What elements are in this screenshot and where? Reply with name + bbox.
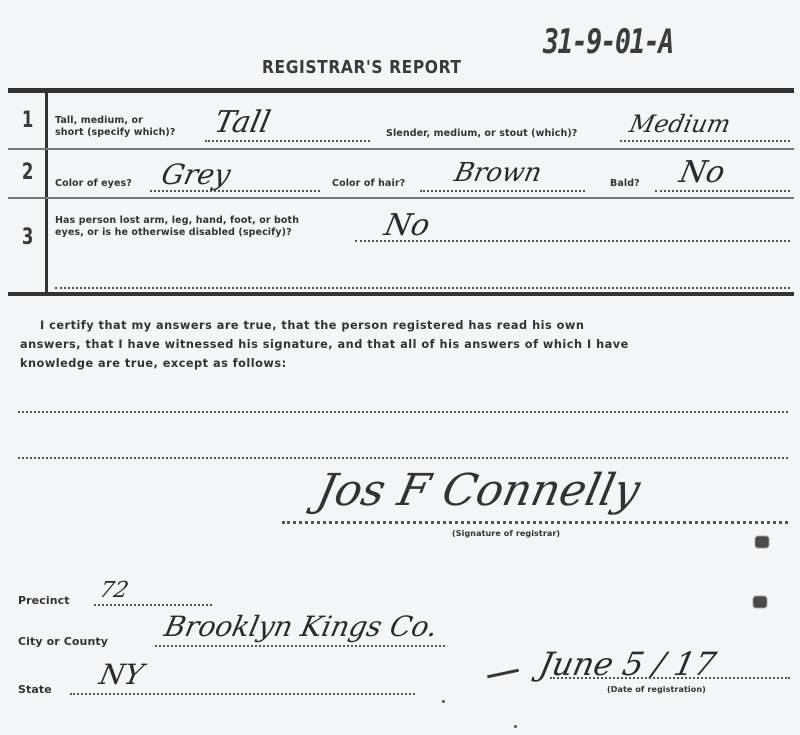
hair-color-value: Brown: [452, 158, 545, 188]
row-number-3: 3: [22, 225, 33, 250]
registration-date-caption: (Date of registration): [607, 685, 706, 694]
disability-label-line1: Has person lost arm, leg, hand, foot, or…: [55, 215, 299, 227]
disability-label-line2: eyes, or is he otherwise disabled (speci…: [55, 227, 299, 239]
disability-field-line-2: [55, 287, 790, 289]
eye-color-value: Grey: [158, 158, 233, 191]
exceptions-line-2: [18, 457, 788, 459]
build-field-line: [620, 140, 790, 142]
row-number-divider: [45, 88, 48, 295]
disability-value: No: [381, 208, 433, 243]
document-title: REGISTRAR'S REPORT: [262, 57, 462, 78]
city-county-value: Brooklyn Kings Co.: [161, 610, 440, 643]
hair-color-label: Color of hair?: [332, 178, 405, 190]
signature-caption: (Signature of registrar): [452, 529, 560, 538]
row-number-1: 1: [22, 108, 33, 133]
dash-mark: [487, 669, 519, 679]
bottom-rule: [8, 292, 794, 296]
bald-label: Bald?: [610, 178, 640, 190]
registration-date-line: [550, 677, 790, 679]
build-label: Slender, medium, or stout (which)?: [386, 128, 577, 140]
row-number-2: 2: [22, 160, 33, 185]
state-field-line: [70, 693, 415, 695]
state-value: NY: [96, 658, 146, 691]
bald-field-line: [655, 190, 790, 192]
precinct-label: Precinct: [18, 594, 70, 607]
ink-smudge: [753, 596, 767, 608]
serial-number: 31-9-01-A: [543, 22, 673, 62]
build-value: Medium: [627, 110, 733, 138]
exceptions-line-1: [18, 411, 788, 413]
height-label-line1: Tall, medium, or: [55, 115, 175, 127]
height-value: Tall: [211, 105, 273, 140]
bald-value: No: [676, 155, 728, 190]
registrar-signature: Jos F Connelly: [313, 465, 645, 516]
ink-dot: [442, 700, 445, 703]
precinct-value: 72: [97, 578, 130, 603]
hair-color-field-line: [420, 190, 585, 192]
row-divider-1: [8, 148, 794, 150]
certification-line-2: answers, that I have witnessed his signa…: [20, 335, 800, 354]
row-divider-2: [8, 197, 794, 199]
ink-smudge: [755, 536, 769, 548]
signature-line: [282, 521, 788, 524]
certification-line-3: knowledge are true, except as follows:: [20, 354, 800, 373]
top-rule: [8, 88, 794, 93]
disability-label: Has person lost arm, leg, hand, foot, or…: [55, 215, 299, 239]
city-county-field-line: [155, 645, 445, 647]
height-field-line: [205, 140, 370, 142]
certification-text: I certify that my answers are true, that…: [20, 316, 800, 373]
height-label-line2: short (specify which)?: [55, 127, 175, 139]
state-label: State: [18, 683, 52, 696]
ink-dot: [514, 725, 517, 728]
city-county-label: City or County: [18, 635, 108, 648]
height-label: Tall, medium, or short (specify which)?: [55, 115, 175, 139]
certification-line-1: I certify that my answers are true, that…: [20, 316, 800, 335]
precinct-field-line: [94, 604, 212, 606]
eye-color-label: Color of eyes?: [55, 178, 132, 190]
